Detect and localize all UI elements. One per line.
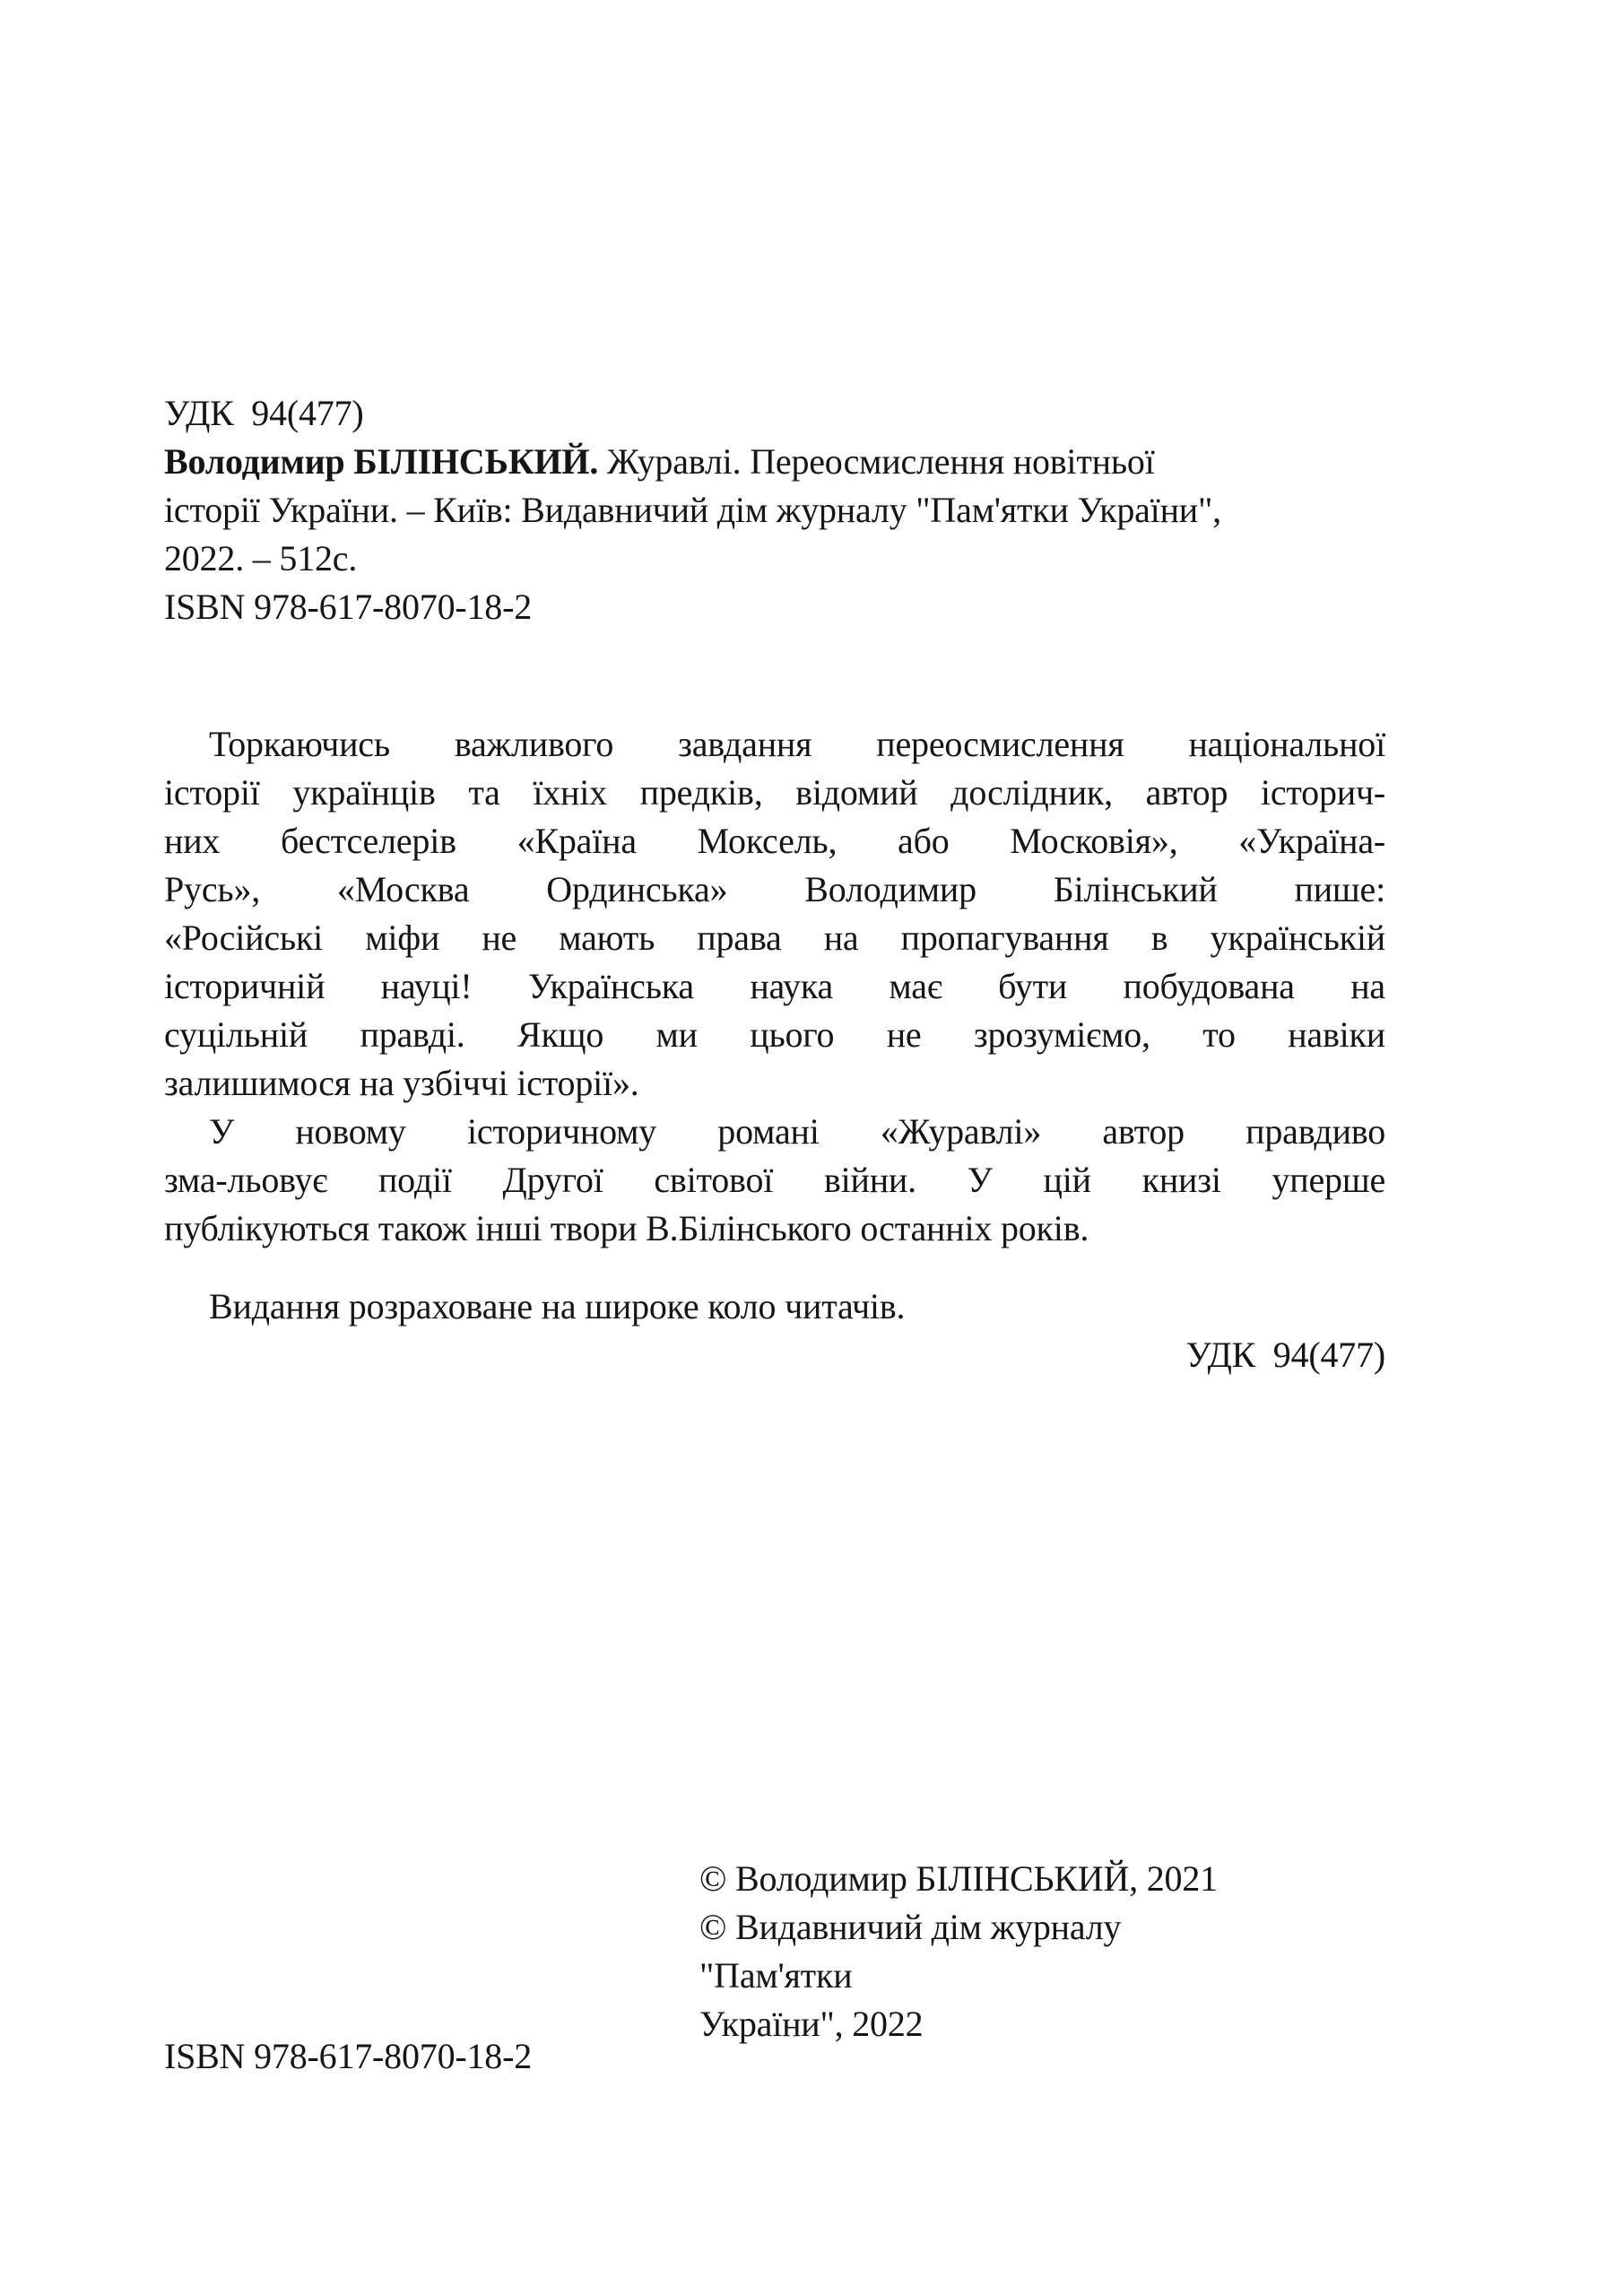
udk-code-right: УДК 94(477) (164, 1331, 1385, 1379)
annotation-paragraph-1: Торкаючись важливого завдання переосмисл… (164, 720, 1385, 1108)
bibliographic-entry-line3: 2022. – 512с. (164, 535, 1385, 583)
book-imprint-page: УДК 94(477) Володимир БІЛІНСЬКИЙ. Журавл… (0, 0, 1623, 2296)
author-name: Володимир БІЛІНСЬКИЙ. (164, 441, 598, 482)
text-line: © Володимир БІЛІНСЬКИЙ, 2021 (699, 1855, 1273, 1903)
text-line: залишимося на узбіччі історії». (164, 1059, 1385, 1108)
text-line: зма-льовує події Другої світової війни. … (164, 1156, 1385, 1205)
audience-note: Видання розраховане на широке коло читач… (164, 1283, 1385, 1331)
bibliographic-entry-line1: Володимир БІЛІНСЬКИЙ. Журавлі. Переосмис… (164, 438, 1385, 486)
isbn-bottom-block: ISBN 978-617-8070-18-2 (164, 2032, 1385, 2081)
annotation-block: Торкаючись важливого завдання переосмисл… (164, 720, 1385, 1253)
text-line: Торкаючись важливого завдання переосмисл… (164, 720, 1385, 769)
copyright-block: © Володимир БІЛІНСЬКИЙ, 2021© Видавничий… (699, 1855, 1273, 2048)
text-line: У новому історичному романі «Журавлі» ав… (164, 1108, 1385, 1156)
text-line: історичній науці! Українська наука має б… (164, 962, 1385, 1011)
bibliographic-block: УДК 94(477) Володимир БІЛІНСЬКИЙ. Журавл… (164, 389, 1385, 631)
text-line: суцільній правді. Якщо ми цього не зрозу… (164, 1011, 1385, 1059)
isbn-bottom: ISBN 978-617-8070-18-2 (164, 2032, 1385, 2081)
audience-udk-block: Видання розраховане на широке коло читач… (164, 1283, 1385, 1379)
annotation-paragraph-2: У новому історичному романі «Журавлі» ав… (164, 1108, 1385, 1253)
udk-code: УДК 94(477) (164, 389, 1385, 438)
text-line: публікуються також інші твори В.Білінськ… (164, 1205, 1385, 1253)
text-line: «Російські міфи не мають права на пропаг… (164, 914, 1385, 962)
text-line: них бестселерів «Країна Моксель, або Мос… (164, 817, 1385, 865)
text-line: Русь», «Москва Ординська» Володимир Білі… (164, 865, 1385, 914)
bibliographic-entry-line2: історії України. – Київ: Видавничий дім … (164, 486, 1385, 535)
book-title-text: Журавлі. Переосмислення новітньої (598, 441, 1154, 482)
isbn-top: ISBN 978-617-8070-18-2 (164, 583, 1385, 631)
udk-code-text: УДК 94(477) (164, 393, 363, 433)
text-line: © Видавничий дім журналу "Пам'ятки (699, 1903, 1273, 2000)
text-line: історії українців та їхніх предків, відо… (164, 769, 1385, 817)
